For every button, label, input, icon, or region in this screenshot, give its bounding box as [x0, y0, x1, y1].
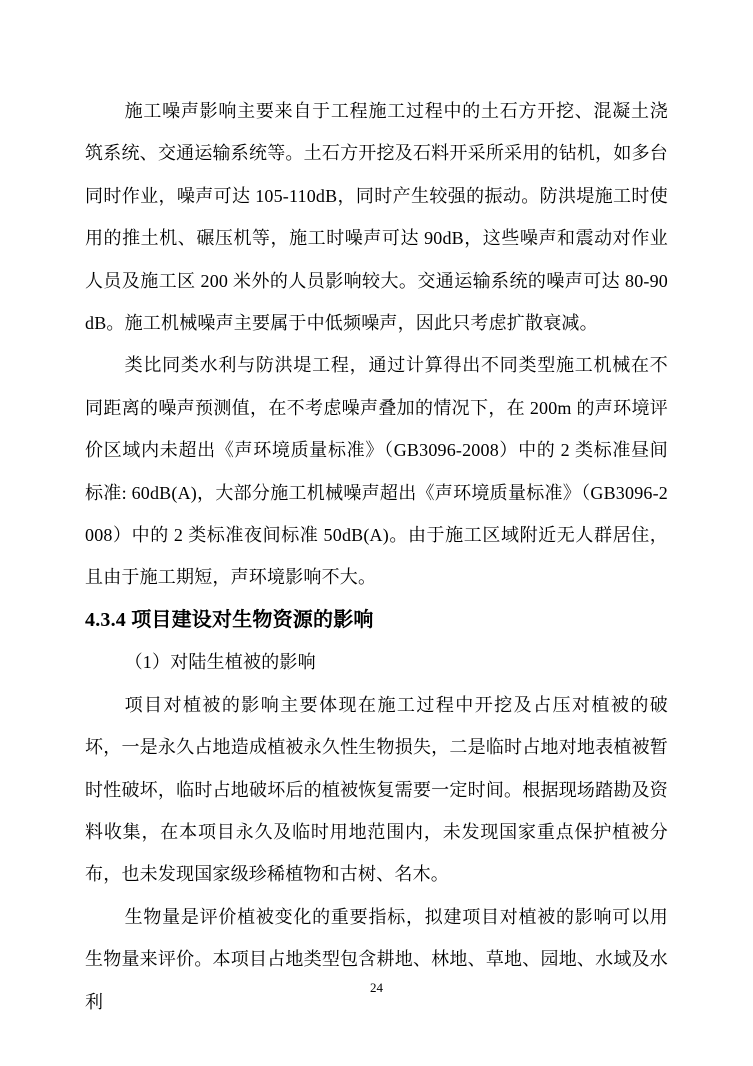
- subheading-terrestrial-vegetation-impact: （1）对陆生植被的影响: [85, 641, 668, 683]
- document-page: 施工噪声影响主要来自于工程施工过程中的土石方开挖、混凝土浇筑系统、交通运输系统等…: [0, 0, 753, 1066]
- paragraph-biomass-evaluation: 生物量是评价植被变化的重要指标，拟建项目对植被的影响可以用生物量来评价。本项目占…: [85, 896, 668, 1023]
- document-content: 施工噪声影响主要来自于工程施工过程中的土石方开挖、混凝土浇筑系统、交通运输系统等…: [85, 90, 668, 1023]
- paragraph-noise-prediction-standards: 类比同类水利与防洪堤工程，通过计算得出不同类型施工机械在不同距离的噪声预测值，在…: [85, 344, 668, 598]
- section-heading-4-3-4-biological-resources: 4.3.4 项目建设对生物资源的影响: [85, 599, 668, 641]
- paragraph-vegetation-damage: 项目对植被的影响主要体现在施工过程中开挖及占压对植被的破坏，一是永久占地造成植被…: [85, 684, 668, 896]
- paragraph-construction-noise-sources: 施工噪声影响主要来自于工程施工过程中的土石方开挖、混凝土浇筑系统、交通运输系统等…: [85, 90, 668, 344]
- page-number: 24: [0, 978, 753, 998]
